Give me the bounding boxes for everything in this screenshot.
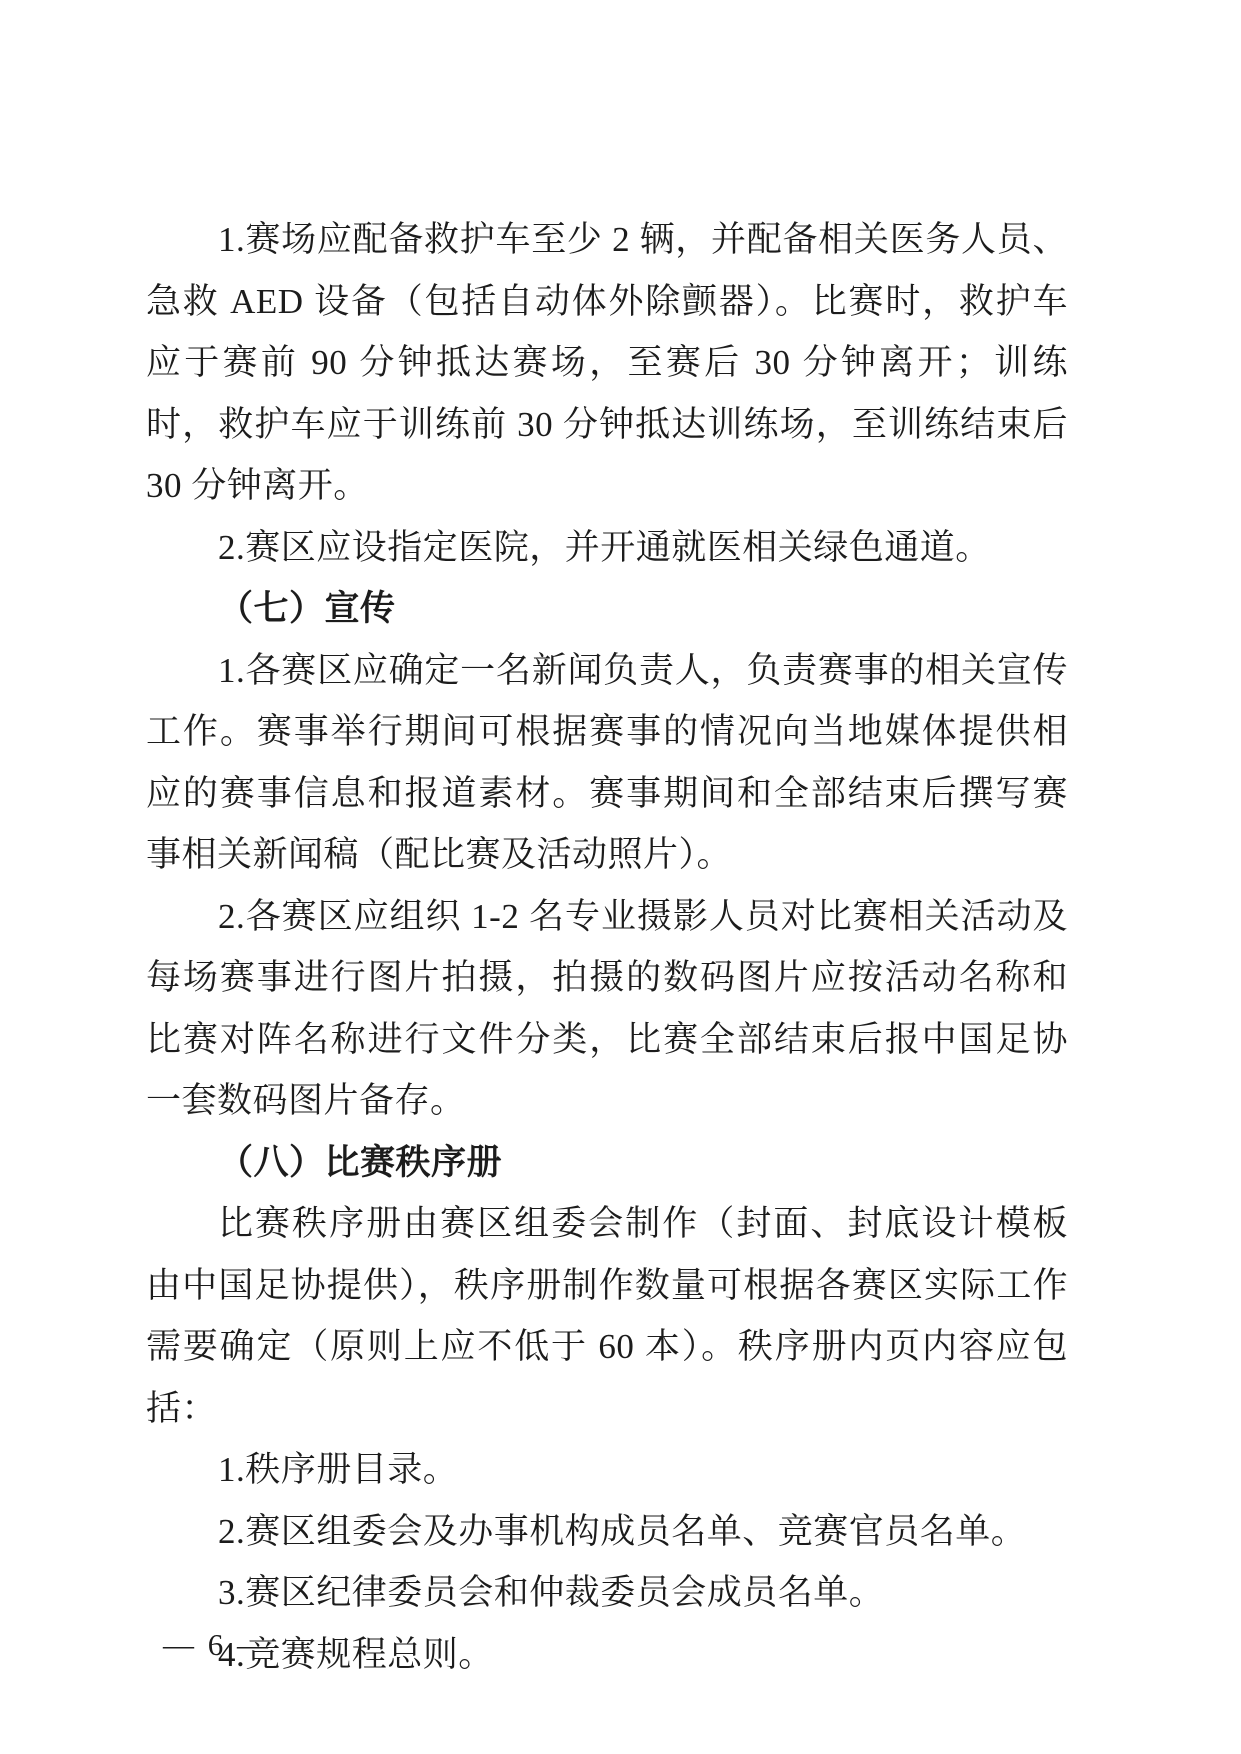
paragraph-publicity-press: 1.各赛区应确定一名新闻负责人，负责赛事的相关宣传工作。赛事举行期间可根据赛事的… [146,640,1068,886]
paragraph-medical-hospital: 2.赛区应设指定医院，并开通就医相关绿色通道。 [146,517,1068,579]
paragraph-programme-intro: 比赛秩序册由赛区组委会制作（封面、封底设计模板由中国足协提供），秩序册制作数量可… [146,1193,1068,1439]
list-item-programme-2: 2.赛区组委会及办事机构成员名单、竞赛官员名单。 [146,1501,1068,1563]
page-number: — 6 — [163,1625,271,1665]
list-item-programme-4: 4.竞赛规程总则。 [146,1624,1068,1686]
paragraph-publicity-photo: 2.各赛区应组织 1-2 名专业摄影人员对比赛相关活动及每场赛事进行图片拍摄，拍… [146,886,1068,1132]
section-heading-programme: （八）比赛秩序册 [146,1132,1068,1194]
section-heading-publicity: （七）宣传 [146,578,1068,640]
list-item-programme-3: 3.赛区纪律委员会和仲裁委员会成员名单。 [146,1562,1068,1624]
paragraph-medical-ambulance: 1.赛场应配备救护车至少 2 辆，并配备相关医务人员、急救 AED 设备（包括自… [146,209,1068,517]
document-page: 1.赛场应配备救护车至少 2 辆，并配备相关医务人员、急救 AED 设备（包括自… [0,0,1241,1754]
list-item-programme-1: 1.秩序册目录。 [146,1439,1068,1501]
document-body: 1.赛场应配备救护车至少 2 辆，并配备相关医务人员、急救 AED 设备（包括自… [146,209,1068,1685]
